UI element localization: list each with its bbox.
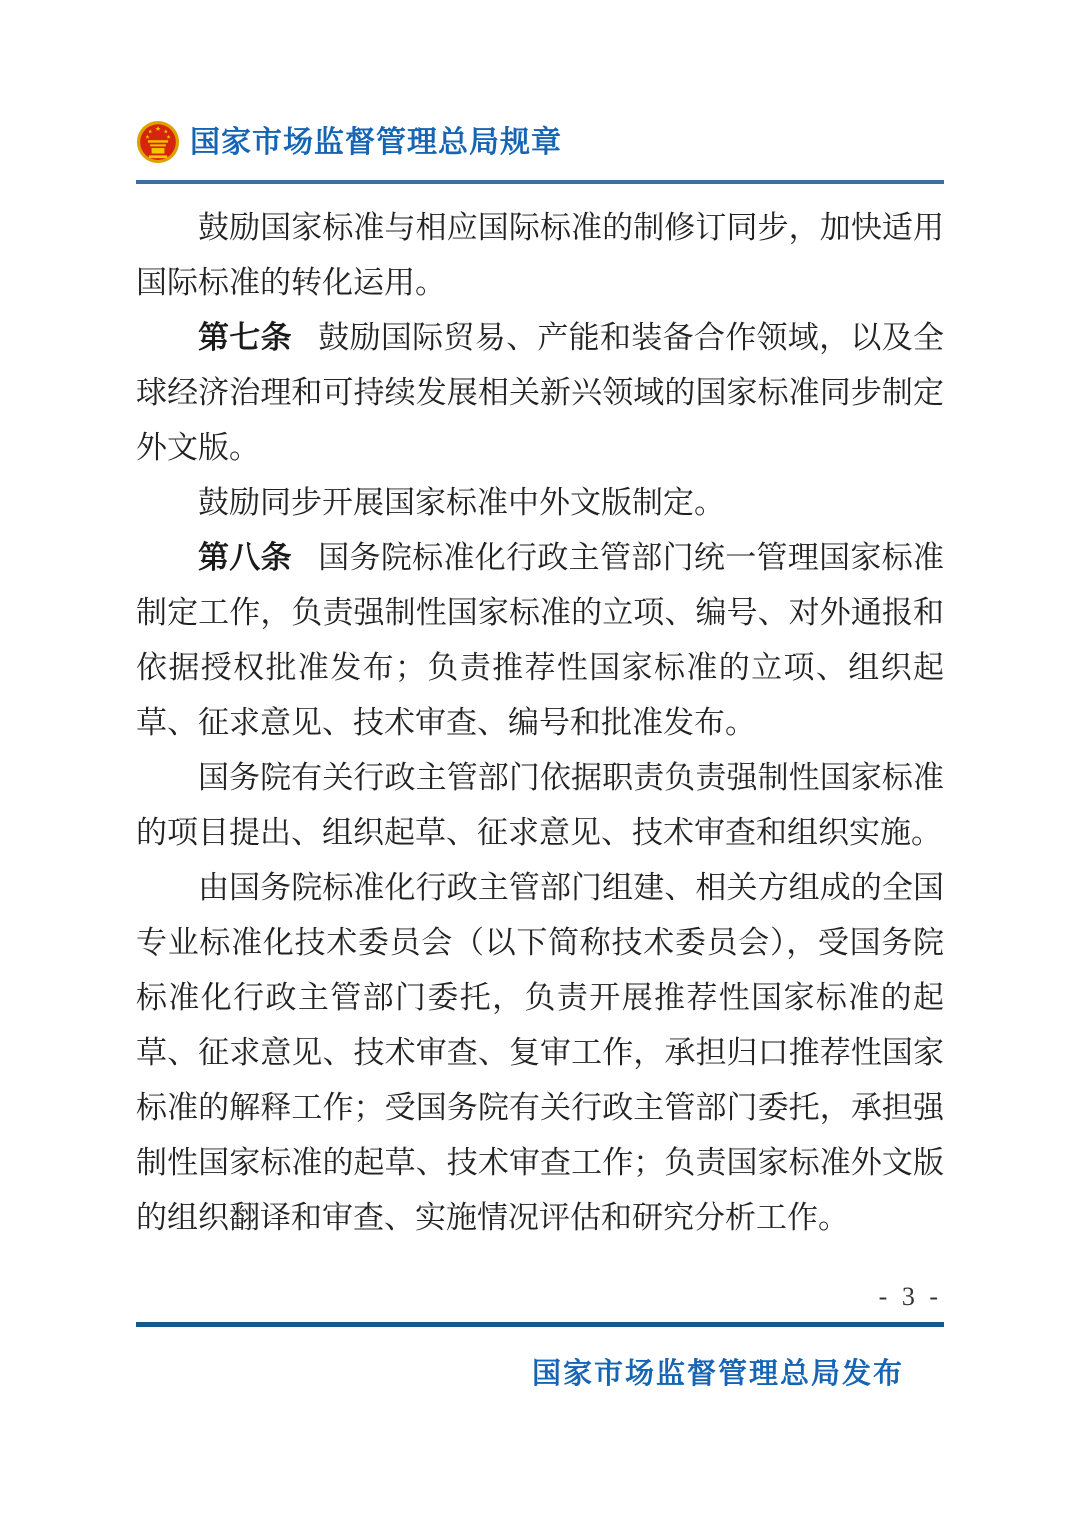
document-page: 国家市场监督管理总局规章 鼓励国家标准与相应国际标准的制修订同步，加快适用国际标…: [0, 0, 1080, 1527]
paragraph-text: 鼓励同步开展国家标准中外文版制定。: [198, 485, 725, 520]
publisher-label: 国家市场监督管理总局发布: [136, 1351, 944, 1392]
paragraph-text: 鼓励国家标准与相应国际标准的制修订同步，加快适用国际标准的转化运用。: [136, 210, 944, 300]
article-number: 第八条: [198, 540, 292, 575]
paragraph-text: 由国务院标准化行政主管部门组建、相关方组成的全国专业标准化技术委员会（以下简称技…: [136, 870, 944, 1235]
paragraph: 鼓励国家标准与相应国际标准的制修订同步，加快适用国际标准的转化运用。: [136, 200, 944, 310]
header-divider: [136, 180, 944, 184]
document-body: 鼓励国家标准与相应国际标准的制修订同步，加快适用国际标准的转化运用。第七条鼓励国…: [136, 200, 944, 1245]
paragraph: 第八条国务院标准化行政主管部门统一管理国家标准制定工作，负责强制性国家标准的立项…: [136, 530, 944, 750]
document-header: 国家市场监督管理总局规章: [136, 118, 944, 168]
paragraph: 国务院有关行政主管部门依据职责负责强制性国家标准的项目提出、组织起草、征求意见、…: [136, 750, 944, 860]
footer-divider: [136, 1322, 944, 1327]
paragraph: 鼓励同步开展国家标准中外文版制定。: [136, 475, 944, 530]
page-number: - 3 -: [136, 1282, 944, 1312]
paragraph-text: 国务院有关行政主管部门依据职责负责强制性国家标准的项目提出、组织起草、征求意见、…: [136, 760, 944, 850]
china-national-emblem-icon: [136, 119, 180, 167]
paragraph: 第七条鼓励国际贸易、产能和装备合作领域，以及全球经济治理和可持续发展相关新兴领域…: [136, 310, 944, 475]
article-number: 第七条: [198, 320, 292, 355]
header-title: 国家市场监督管理总局规章: [190, 128, 562, 158]
document-footer: - 3 - 国家市场监督管理总局发布: [136, 1282, 944, 1392]
paragraph: 由国务院标准化行政主管部门组建、相关方组成的全国专业标准化技术委员会（以下简称技…: [136, 860, 944, 1245]
